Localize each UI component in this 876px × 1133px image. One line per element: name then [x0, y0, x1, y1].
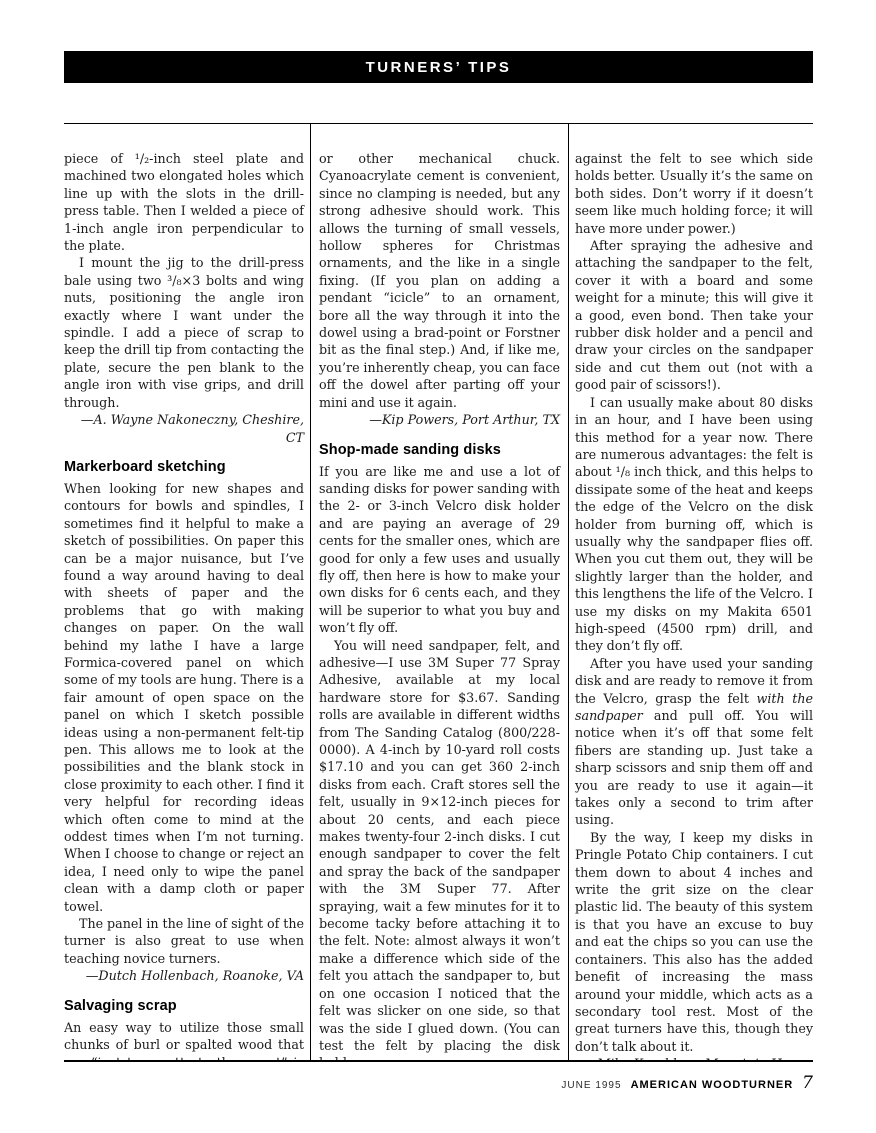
paragraph: If you are like me and use a lot of sand…: [319, 463, 560, 637]
paragraph: I mount the jig to the drill-press bale …: [64, 254, 304, 411]
footer: JUNE 1995 AMERICAN WOODTURNER 7: [561, 1073, 813, 1093]
column-2: or other mechanical chuck. Cyanoacrylate…: [310, 124, 568, 1060]
paragraph: By the way, I keep my disks in Pringle P…: [575, 829, 813, 1055]
continuation-paragraph: piece of ¹/₂-inch steel plate and machin…: [64, 150, 304, 254]
section-heading: Shop-made sanding disks: [319, 441, 560, 459]
section-heading: Markerboard sketching: [64, 458, 304, 476]
attribution-byline: —A. Wayne Nakoneczny, Cheshire, CT: [64, 411, 304, 446]
paragraph: An easy way to utilize those small chunk…: [64, 1019, 304, 1060]
bottom-rule: [64, 1060, 813, 1062]
page-title: TURNERS’ TIPS: [366, 59, 512, 76]
article-columns: piece of ¹/₂-inch steel plate and machin…: [64, 124, 813, 1060]
paragraph: After you have used your sanding disk an…: [575, 655, 813, 829]
continuation-paragraph: against the felt to see which side holds…: [575, 150, 813, 237]
continuation-paragraph: or other mechanical chuck. Cyanoacrylate…: [319, 150, 560, 411]
magazine-page: TURNERS’ TIPS piece of ¹/₂-inch steel pl…: [0, 0, 876, 1133]
column-1: piece of ¹/₂-inch steel plate and machin…: [64, 124, 310, 1060]
attribution-byline: —Dutch Hollenbach, Roanoke, VA: [64, 967, 304, 984]
text-segment: and pull off. You will notice when it’s …: [575, 708, 813, 827]
paragraph: After spraying the adhesive and attachin…: [575, 237, 813, 394]
footer-issue-date: JUNE 1995: [561, 1080, 621, 1091]
attribution-byline: —Kip Powers, Port Arthur, TX: [319, 411, 560, 428]
paragraph: The panel in the line of sight of the tu…: [64, 915, 304, 967]
footer-magazine-name: AMERICAN WOODTURNER: [631, 1079, 794, 1091]
column-3: against the felt to see which side holds…: [568, 124, 813, 1060]
paragraph: When looking for new shapes and contours…: [64, 480, 304, 915]
section-heading: Salvaging scrap: [64, 997, 304, 1015]
header-bar: TURNERS’ TIPS: [64, 51, 813, 83]
footer-page-number: 7: [802, 1073, 813, 1093]
paragraph: I can usually make about 80 disks in an …: [575, 394, 813, 655]
paragraph: You will need sandpaper, felt, and adhes…: [319, 637, 560, 1060]
